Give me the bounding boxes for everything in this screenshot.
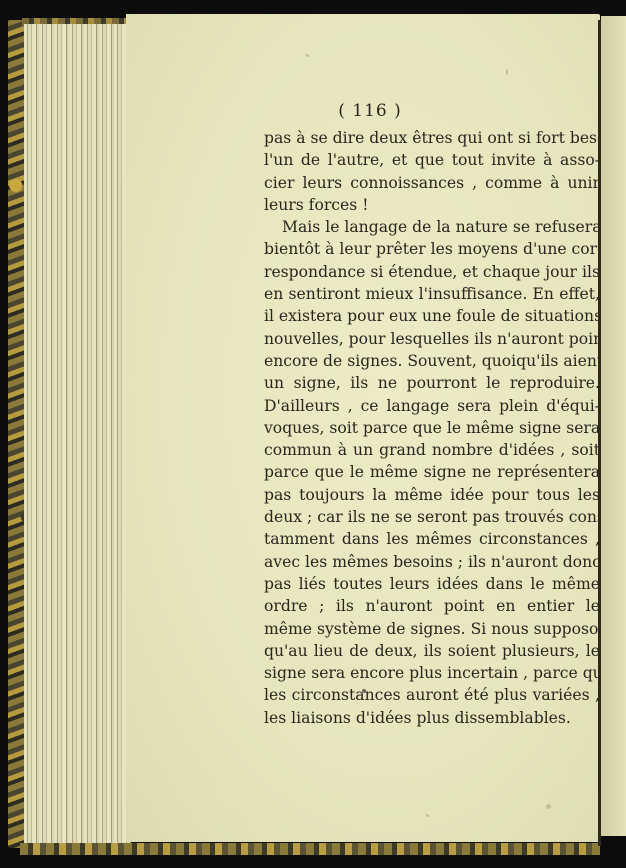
text-line: Mais le langage de la nature se refusera — [264, 216, 600, 238]
text-line: signe sera encore plus incertain , parce… — [264, 662, 600, 684]
text-line: même système de signes. Si nous supposon… — [264, 618, 600, 640]
text-line: les liaisons d'idées plus dissemblables. — [264, 707, 600, 729]
text-line: cier leurs connoissances , comme à unir — [264, 172, 600, 194]
text-line: commun à un grand nombre d'idées , soit — [264, 439, 600, 461]
text-line: parce que le même signe ne représentera — [264, 461, 600, 483]
book-cover-bottom — [20, 843, 600, 855]
page-edges-stack — [24, 24, 131, 846]
text-line: un signe, ils ne pourront le reproduire. — [264, 372, 600, 394]
text-line: voques, soit parce que le même signe ser… — [264, 417, 600, 439]
text-line: leurs forces ! — [264, 194, 600, 216]
text-line: pas à se dire deux êtres qui ont si fort… — [264, 127, 600, 149]
text-line: deux ; car ils ne se seront pas trouvés … — [264, 506, 600, 528]
text-line: pas liés toutes leurs idées dans le même — [264, 573, 600, 595]
text-line: bientôt à leur prêter les moyens d'une c… — [264, 238, 600, 260]
text-line: encore de signes. Souvent, quoiqu'ils ai… — [264, 350, 600, 372]
page-text-block: pas à se dire deux êtres qui ont si fort… — [264, 127, 600, 729]
text-line: l'un de l'autre, et que tout invite à as… — [264, 149, 600, 171]
book-page: ( 116 ) pas à se dire deux êtres qui ont… — [126, 14, 600, 842]
text-line: tamment dans les mêmes circonstances , — [264, 528, 600, 550]
text-line: les circonstances auront été plus variée… — [264, 684, 600, 706]
text-line: D'ailleurs , ce langage sera plein d'équ… — [264, 395, 600, 417]
paper-spot — [546, 804, 551, 809]
text-line: en sentiront mieux l'insuffisance. En ef… — [264, 283, 600, 305]
paper-spot — [506, 69, 508, 75]
text-line: qu'au lieu de deux, ils soient plusieurs… — [264, 640, 600, 662]
text-line: il existera pour eux une foule de situat… — [264, 305, 600, 327]
text-line: ordre ; ils n'auront point en entier le — [264, 595, 600, 617]
ornament-dot — [362, 689, 366, 693]
text-line: respondance si étendue, et chaque jour i… — [264, 261, 600, 283]
facing-page-edge — [601, 16, 626, 836]
paper-spot — [306, 54, 309, 57]
text-line: pas toujours la même idée pour tous les — [264, 484, 600, 506]
text-line: nouvelles, pour lesquelles ils n'auront … — [264, 328, 600, 350]
paper-spot — [426, 814, 429, 817]
page-number: ( 116 ) — [126, 101, 600, 121]
text-line: avec les mêmes besoins ; ils n'auront do… — [264, 551, 600, 573]
